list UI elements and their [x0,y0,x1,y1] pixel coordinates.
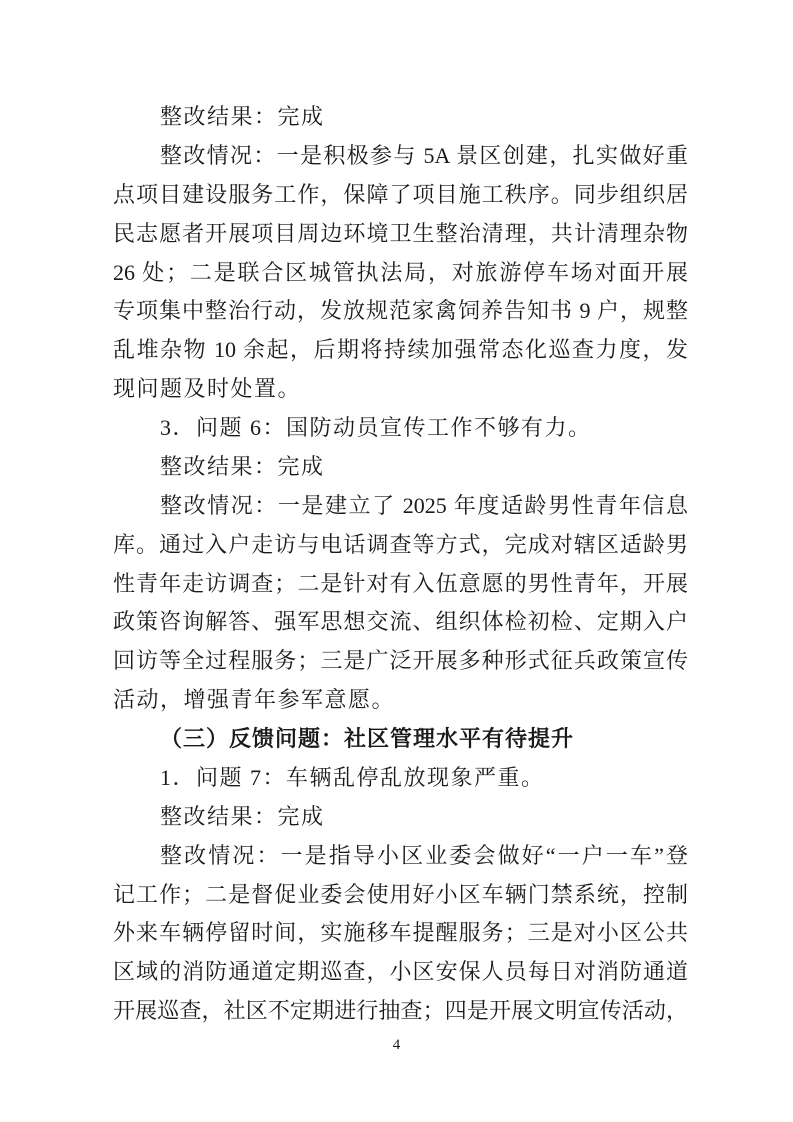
document-page: 整改结果：完成 整改情况：一是积极参与 5A 景区创建，扎实做好重 点项目建设服… [0,0,793,1122]
document-line: 区域的消防通道定期巡查，小区安保人员每日对消防通道 [113,953,688,992]
document-line: 整改情况：一是积极参与 5A 景区创建，扎实做好重 [113,137,688,176]
document-line-problem-6: 3．问题 6：国防动员宣传工作不够有力。 [113,409,688,448]
document-line: 整改情况：一是建立了 2025 年度适龄男性青年信息 [113,487,688,526]
document-line: 库。通过入户走访与电话调查等方式，完成对辖区适龄男 [113,526,688,565]
section-heading: （三）反馈问题：社区管理水平有待提升 [113,720,688,759]
document-line: 开展巡查，社区不定期进行抽查；四是开展文明宣传活动， [113,992,688,1031]
document-line: 性青年走访调查；二是针对有入伍意愿的男性青年，开展 [113,565,688,604]
document-line: 记工作；二是督促业委会使用好小区车辆门禁系统，控制 [113,876,688,915]
document-line: 26 处；二是联合区城管执法局，对旅游停车场对面开展 [113,254,688,293]
document-line: 专项集中整治行动，发放规范家禽饲养告知书 9 户，规整 [113,292,688,331]
page-number: 4 [0,1034,793,1056]
document-line: 回访等全过程服务；三是广泛开展多种形式征兵政策宣传 [113,642,688,681]
document-line: 活动，增强青年参军意愿。 [113,681,688,720]
document-line: 点项目建设服务工作，保障了项目施工秩序。同步组织居 [113,176,688,215]
document-line-problem-7: 1．问题 7：车辆乱停乱放现象严重。 [113,759,688,798]
document-line: 政策咨询解答、强军思想交流、组织体检初检、定期入户 [113,603,688,642]
document-line: 外来车辆停留时间，实施移车提醒服务；三是对小区公共 [113,914,688,953]
document-line: 整改结果：完成 [113,448,688,487]
document-line: 整改结果：完成 [113,98,688,137]
document-line: 民志愿者开展项目周边环境卫生整治清理，共计清理杂物 [113,215,688,254]
document-line: 乱堆杂物 10 余起，后期将持续加强常态化巡查力度，发 [113,331,688,370]
document-body: 整改结果：完成 整改情况：一是积极参与 5A 景区创建，扎实做好重 点项目建设服… [113,98,688,1031]
document-line: 现问题及时处置。 [113,370,688,409]
document-line: 整改结果：完成 [113,798,688,837]
document-line: 整改情况：一是指导小区业委会做好“一户一车”登 [113,837,688,876]
